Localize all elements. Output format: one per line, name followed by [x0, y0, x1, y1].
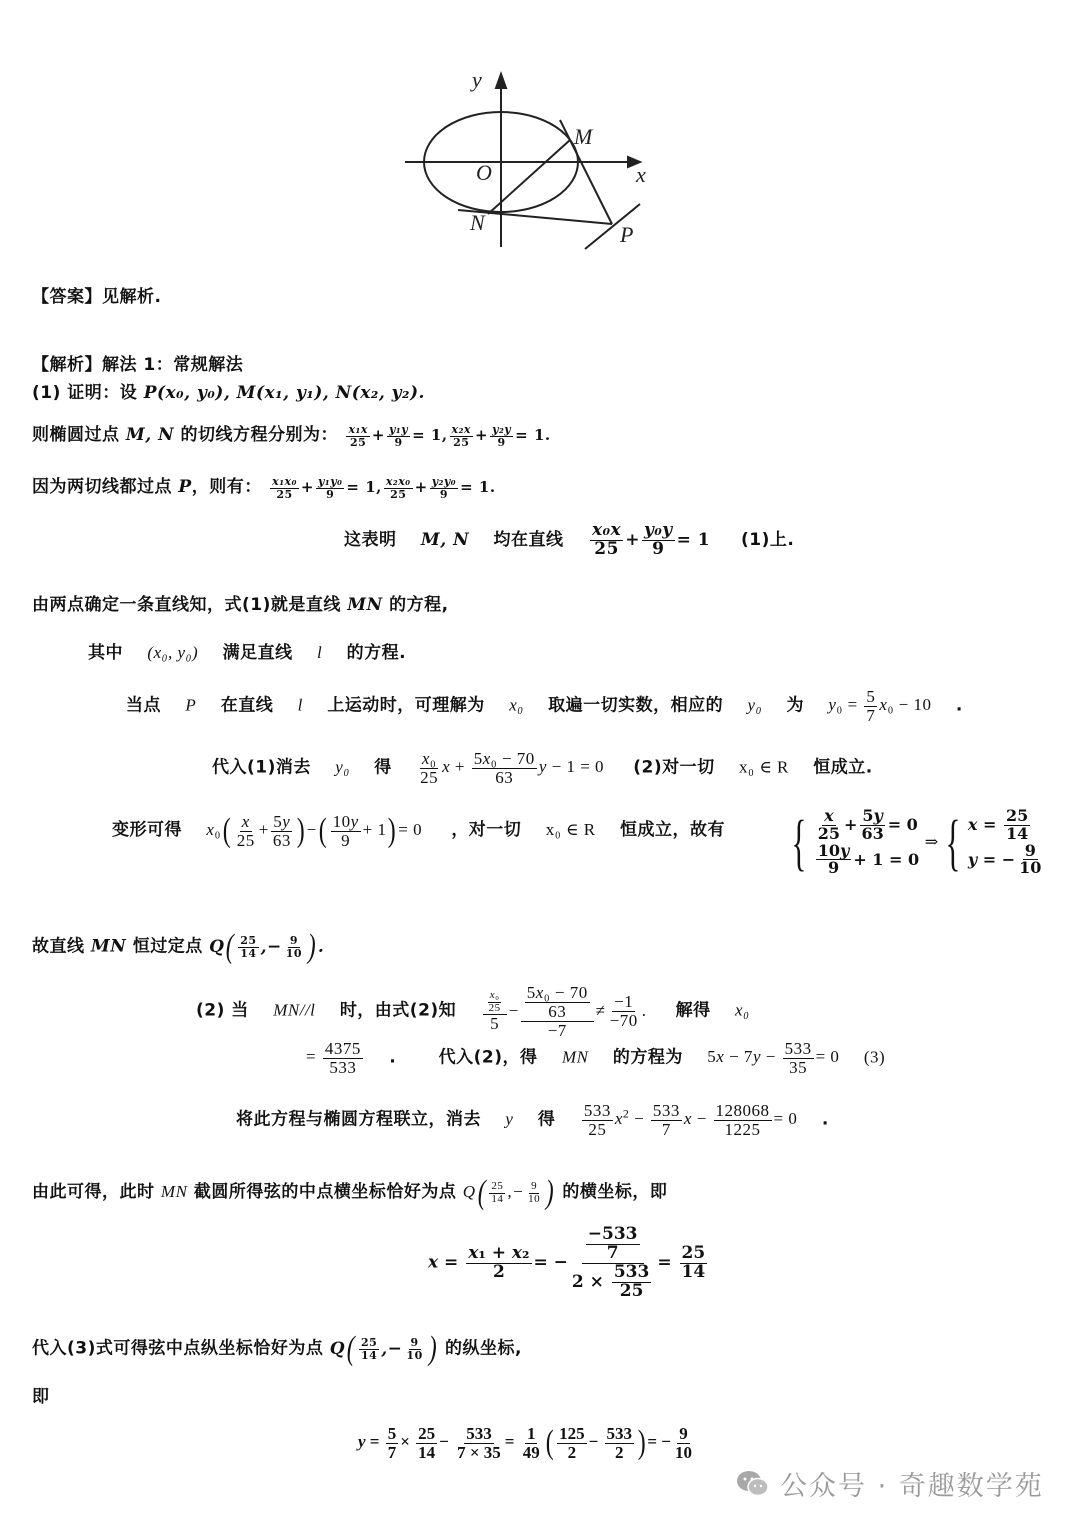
math-mn: M, N — [421, 530, 469, 550]
origin-label: O — [476, 160, 492, 185]
math-point: (x₀, y₀) — [147, 643, 198, 662]
equation-number: (3) — [864, 1047, 885, 1066]
math-p: P — [185, 695, 196, 714]
answer-tag: 【答案】 — [32, 287, 102, 307]
text: ，则有： — [192, 477, 262, 497]
tangent-equations-line: 则椭圆过点 M, N 的切线方程分别为： x₁x25+y₁y9= 1,x₂x25… — [32, 420, 551, 448]
point-q: Q(2514,−910) — [330, 1339, 439, 1359]
math-mn: MN — [91, 937, 126, 957]
text: 的纵坐标, — [445, 1339, 522, 1359]
combine-ellipse-line: 将此方程与椭圆方程联立，消去 y 得 53325x2 − 5337x − 128… — [236, 1102, 829, 1139]
math-mn: MN — [347, 595, 382, 615]
math-mn: M, N — [126, 425, 174, 445]
tangent-equations: x₁x25+y₁y9= 1,x₂x25+y₂y9= 1. — [344, 426, 550, 444]
text: 变形可得 — [112, 820, 182, 840]
midpoint-y-calculation: y = 57× 2514− 5337 × 35= 149(1252− 5332)… — [358, 1424, 696, 1462]
p-moves-on-line: 当点 P 在直线 l 上运动时，可理解为 x₀ 取遍一切实数，相应的 y₀ 为 … — [126, 688, 963, 725]
system-of-equations: { x25+5y63= 0 10y9+ 1 = 0 ⇒{ x = 2514 y … — [784, 808, 1045, 877]
text: 其中 — [88, 643, 123, 663]
text: 代入(3)式可得弦中点纵坐标恰好为点 — [32, 1339, 323, 1359]
transform-line: 变形可得 x₀(x25+5y63)−(10y9+ 1)= 0 ，对一切 x₀ ∈… — [112, 812, 725, 850]
math-l: l — [298, 695, 303, 714]
points-definition: P(x₀, y₀), M(x₁, y₁), N(x₂, y₂). — [144, 383, 425, 403]
analysis-method: 解法 1：常规解法 — [102, 355, 243, 375]
equation-2: x₀25x + 5x₀ − 7063y − 1 = 0 — [416, 757, 609, 776]
watermark-text: 公众号 · 奇趣数学苑 — [780, 1464, 1044, 1503]
text: 的方程, — [389, 595, 448, 615]
text: 均在直线 — [494, 530, 564, 550]
text: 上运动时，可理解为 — [327, 695, 485, 715]
math-y0: y₀ — [748, 695, 762, 714]
text: 截圆所得弦的中点横坐标恰好为点 — [194, 1182, 457, 1202]
text: 恒过定点 — [133, 937, 203, 957]
text: 恒成立，故有 — [620, 820, 725, 840]
text: 代入(2)，得 — [439, 1047, 538, 1067]
text: 恒成立. — [813, 757, 872, 777]
mn-equation-statement: 由两点确定一条直线知，式(1)就是直线 MN 的方程, — [32, 590, 449, 615]
text: (1)上. — [741, 530, 794, 550]
text: 满足直线 — [223, 643, 293, 663]
fixed-point-conclusion: 故直线 MN 恒过定点 Q(2514,−910). — [32, 928, 324, 966]
text: 故直线 — [32, 937, 85, 957]
x0-value: = 4375533 — [306, 1047, 365, 1066]
ellipse-figure: y x O M N P — [400, 62, 660, 262]
text: 取遍一切实数，相应的 — [548, 695, 723, 715]
math-y: y — [505, 1109, 513, 1128]
math-x0-in-r: x₀ ∈ R — [739, 757, 789, 776]
math-p: P — [178, 477, 191, 497]
text: 为 — [786, 695, 804, 715]
x0-value-line: = 4375533 . 代入(2)，得 MN 的方程为 5x − 7y − 53… — [306, 1040, 885, 1077]
math-mn: MN — [161, 1182, 188, 1201]
part2-parallel-line: (2) 当 MN//l 时，由式(2)知 x₀255−5x₀ − 7063−7≠… — [196, 984, 750, 1040]
tangent-through-p-line: 因为两切线都过点 P，则有： x₁x₀25+y₁y₀9= 1,x₂x₀25+y₂… — [32, 472, 496, 500]
text: 将此方程与椭圆方程联立，消去 — [236, 1109, 481, 1129]
y-axis-label: y — [470, 67, 482, 92]
text: 代入(1)消去 — [212, 757, 311, 777]
text: 在直线 — [221, 695, 274, 715]
math-l: l — [317, 643, 322, 662]
math-x0: x₀ — [509, 695, 523, 714]
quadratic-equation: 53325x2 − 5337x − 1280681225= 0 — [580, 1109, 798, 1128]
x-axis-label: x — [635, 162, 646, 187]
math-x0-in-r: x₀ ∈ R — [546, 820, 596, 839]
text: 则椭圆过点 — [32, 425, 120, 445]
answer-line: 【答案】见解析. — [32, 282, 161, 307]
math-mn: MN — [562, 1047, 589, 1066]
watermark: 公众号 · 奇趣数学苑 — [736, 1464, 1044, 1503]
text: 时，由式(2)知 — [340, 1001, 456, 1021]
ji-line: 即 — [32, 1382, 50, 1407]
text: (2)对一切 — [633, 757, 714, 777]
point-satisfies-line: 其中 (x₀, y₀) 满足直线 l 的方程. — [88, 638, 406, 663]
text: 得 — [538, 1109, 556, 1129]
text: 的横坐标，即 — [562, 1182, 667, 1202]
through-p-equations: x₁x₀25+y₁y₀9= 1,x₂x₀25+y₂y₀9= 1. — [268, 478, 495, 496]
answer-text: 见解析. — [102, 287, 161, 307]
text: 得 — [374, 757, 392, 777]
text: 由两点确定一条直线知，式(1)就是直线 — [32, 595, 341, 615]
analysis-heading: 【解析】解法 1：常规解法 — [32, 350, 243, 375]
text: (2) 当 — [196, 1001, 249, 1021]
proof-label: (1) 证明：设 — [32, 383, 137, 403]
proof-setup: (1) 证明：设 P(x₀, y₀), M(x₁, y₁), N(x₂, y₂)… — [32, 378, 425, 403]
text: 解得 — [676, 1001, 711, 1021]
line-mn-statement: 这表明 M, N 均在直线 x₀x25+y₀y9= 1 (1)上. — [344, 522, 794, 559]
text: 因为两切线都过点 — [32, 477, 172, 497]
point-m-label: M — [573, 124, 594, 149]
point-q: Q(2514,−910) — [463, 1182, 556, 1201]
text: 即 — [32, 1387, 50, 1407]
math-x0: x₀ — [735, 1001, 749, 1020]
math-y0: y₀ — [335, 757, 349, 776]
text: 这表明 — [344, 530, 397, 550]
parallel-condition: x₀255−5x₀ − 7063−7≠−1−70. — [481, 1001, 652, 1020]
text: 的切线方程分别为： — [181, 425, 339, 445]
midpoint-x-calculation: x = x₁ + x₂2= −−53372 × 53325= 2514 — [428, 1226, 709, 1300]
transformed-equation: x₀(x25+5y63)−(10y9+ 1)= 0 — [206, 820, 426, 839]
text: 的方程为 — [613, 1047, 683, 1067]
midpoint-x-statement: 由此可得，此时 MN 截圆所得弦的中点横坐标恰好为点 Q(2514,−910) … — [32, 1174, 667, 1212]
text: 由此可得，此时 — [32, 1182, 155, 1202]
equation-3: 5x − 7y − 53335= 0 — [707, 1047, 839, 1066]
y0-expression: y₀ = 57x₀ − 10 — [828, 695, 931, 714]
point-n-label: N — [469, 210, 486, 235]
analysis-tag: 【解析】 — [32, 355, 102, 375]
text: ，对一切 — [451, 820, 521, 840]
text: 的方程. — [347, 643, 406, 663]
line-equation-1: x₀x25+y₀y9= 1 — [588, 530, 717, 550]
point-p-label: P — [619, 222, 633, 247]
substitution-line: 代入(1)消去 y₀ 得 x₀25x + 5x₀ − 7063y − 1 = 0… — [212, 750, 873, 787]
math-mn-parallel-l: MN//l — [273, 1001, 315, 1020]
midpoint-y-statement: 代入(3)式可得弦中点纵坐标恰好为点 Q(2514,−910) 的纵坐标, — [32, 1330, 522, 1368]
text: 当点 — [126, 695, 161, 715]
point-q: Q(2514,−910). — [209, 937, 324, 957]
wechat-icon — [736, 1469, 770, 1499]
